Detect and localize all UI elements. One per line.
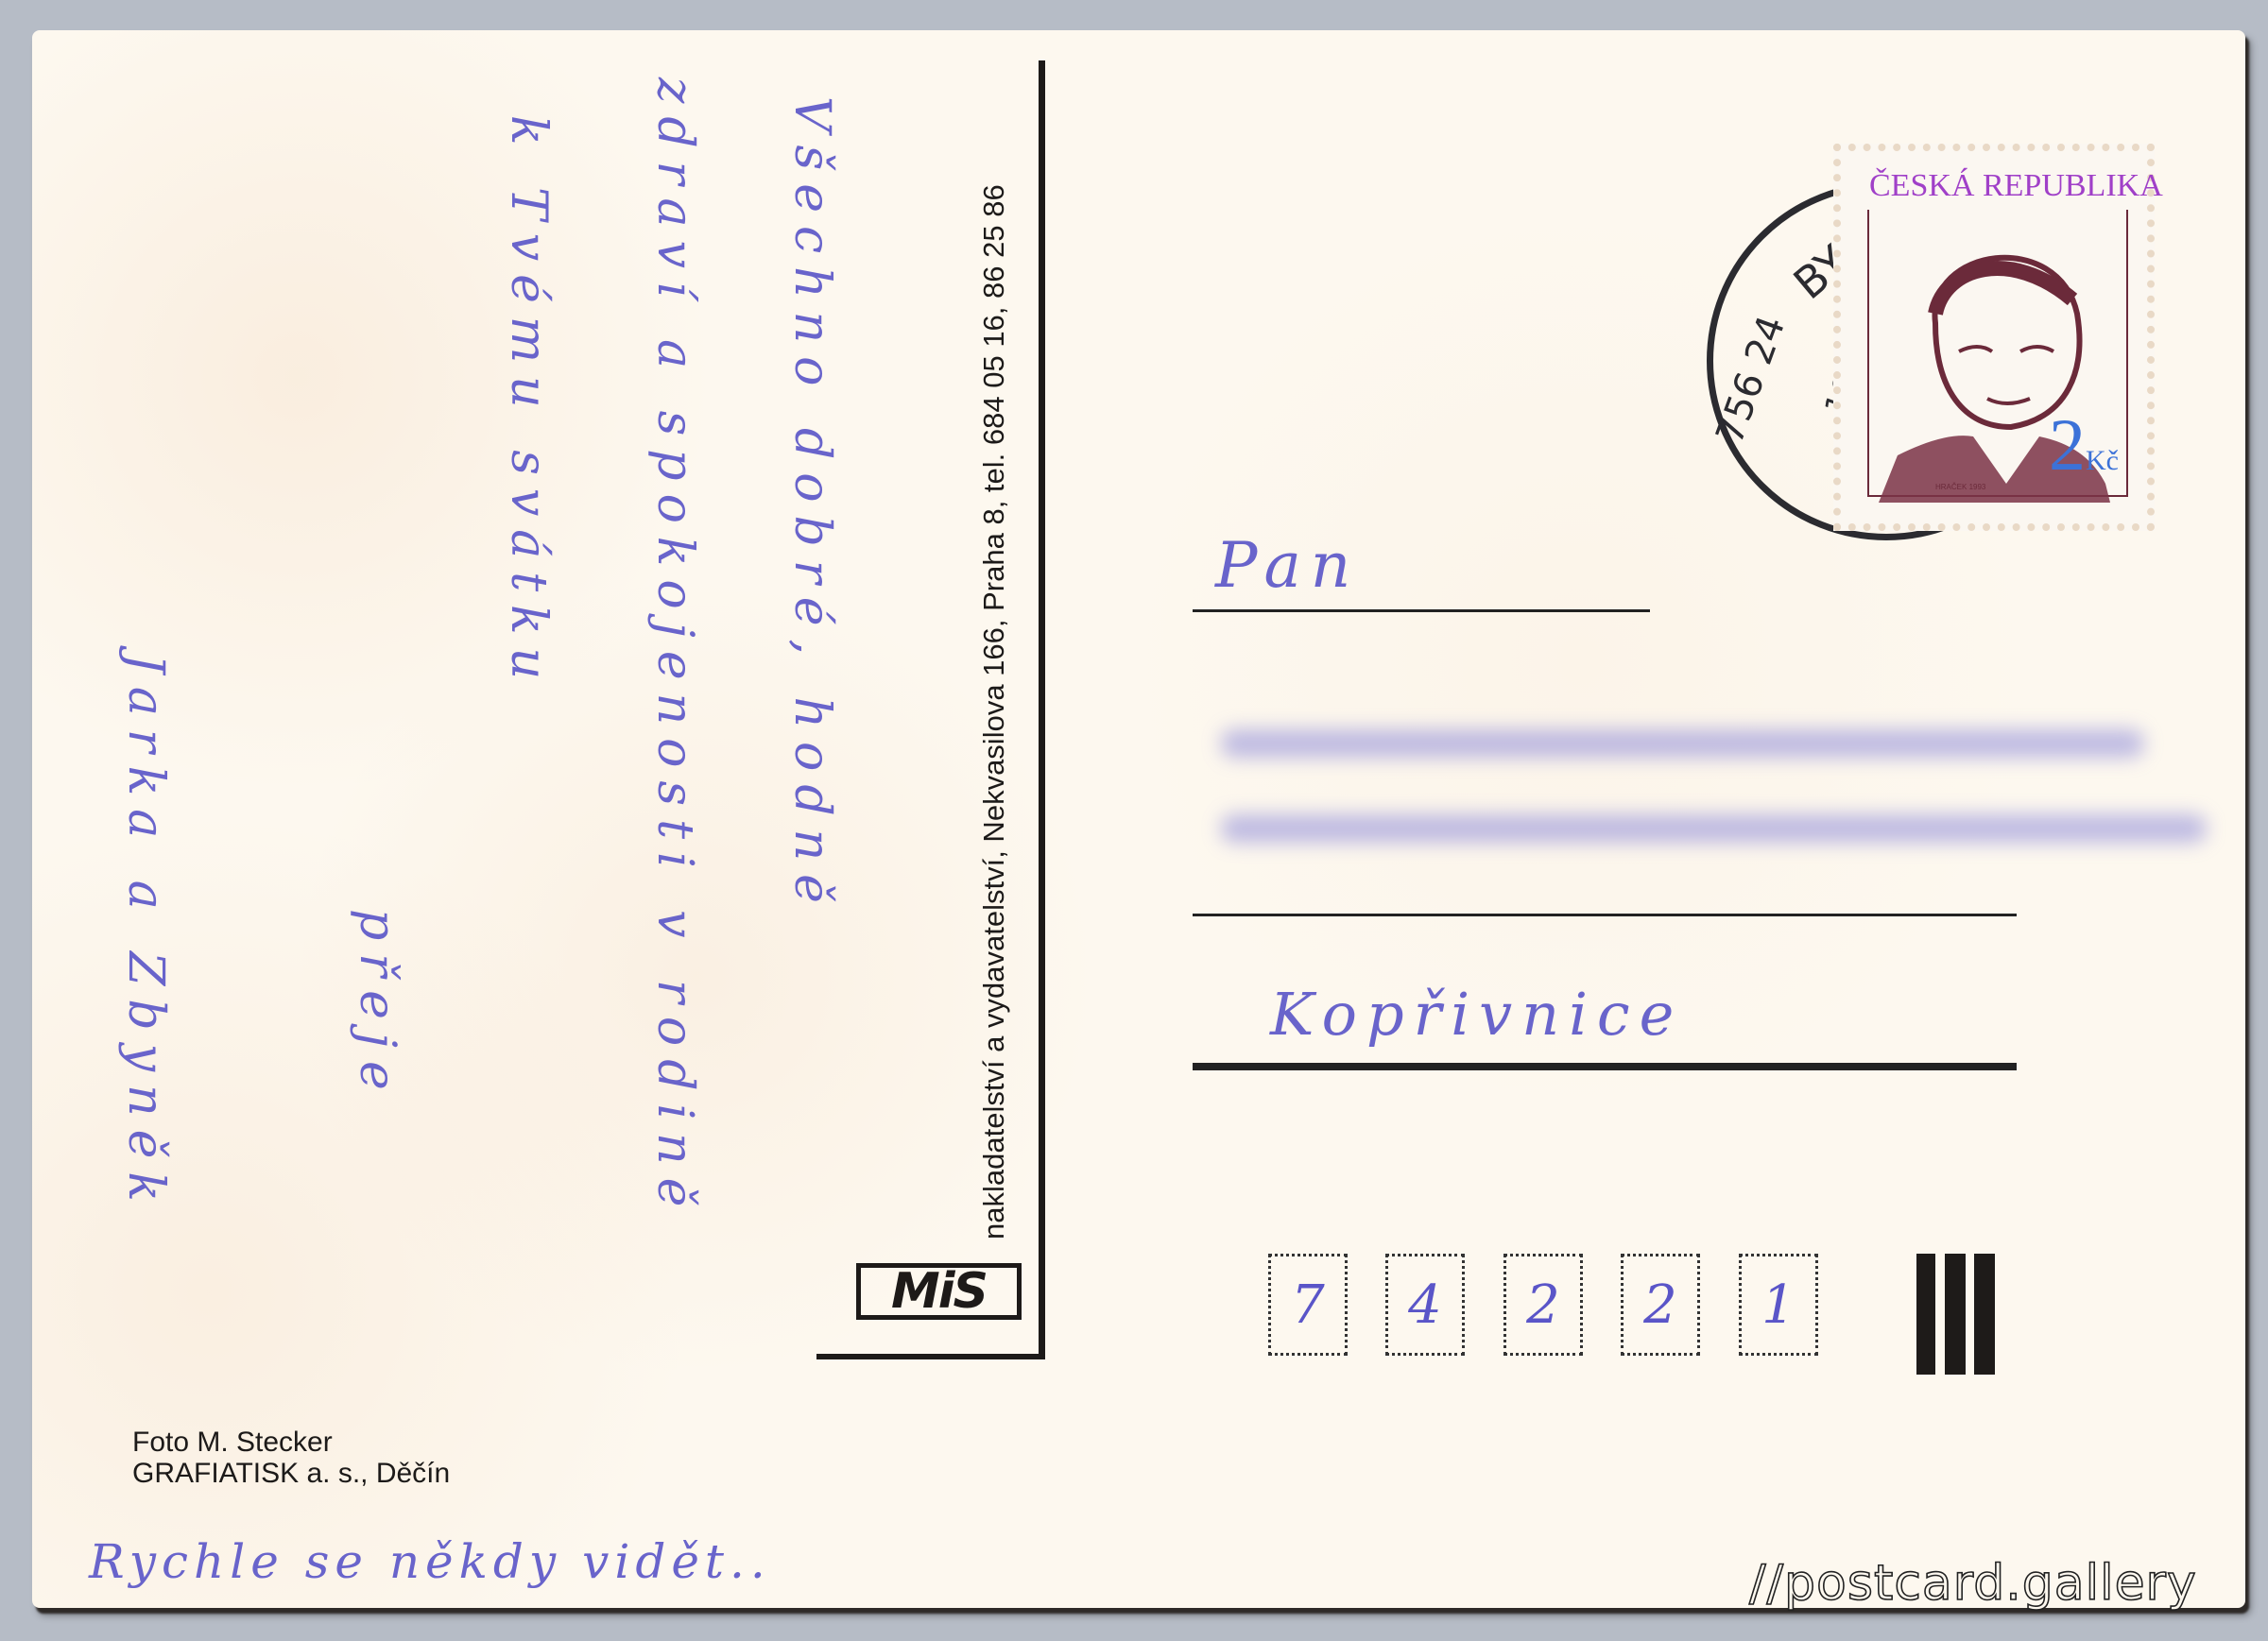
- sort-bar-3: [1974, 1254, 1995, 1375]
- sort-bar-1: [1916, 1254, 1935, 1375]
- message-line-4: přeje: [349, 909, 405, 1103]
- postage-stamp: ČESKÁ REPUBLIKA 2Kč HRAČEK 1993: [1833, 144, 2155, 531]
- sort-bar-2: [1945, 1254, 1966, 1375]
- publisher-info: nakladatelství a vydavatelství, Nekvasil…: [977, 184, 1011, 1239]
- postmark-postcode: 756 24: [1708, 310, 1794, 449]
- footer-note: Rychle se někdy vidět..: [89, 1534, 771, 1589]
- postcard-back: Všechno dobré, hodně zdraví a spokojenos…: [32, 30, 2245, 1608]
- address-line-3: [1193, 1063, 2017, 1070]
- message-line-5: Jarka a Zbyněk: [117, 654, 174, 1215]
- message-line-1: Všechno dobré, hodně: [783, 96, 840, 916]
- credits: Foto M. Stecker GRAFIATISK a. s., Děčín: [132, 1427, 450, 1489]
- printer-credit: GRAFIATISK a. s., Děčín: [132, 1458, 450, 1489]
- divider-foot: [816, 1354, 1045, 1359]
- zip-box-5: 1: [1739, 1254, 1818, 1356]
- zip-box-4: 2: [1621, 1254, 1700, 1356]
- address-city: Kopřivnice: [1270, 980, 1683, 1049]
- zip-box-1: 7: [1268, 1254, 1348, 1356]
- stamp-value: 2Kč: [2049, 402, 2119, 487]
- watermark: //postcard.gallery: [1749, 1555, 2197, 1612]
- message-line-2: zdraví a spokojenosti v rodině: [646, 77, 703, 1220]
- publisher-logo: MiS: [856, 1263, 1022, 1320]
- address-line-2: [1193, 914, 2017, 916]
- stamp-country: ČESKÁ REPUBLIKA: [1869, 168, 2163, 204]
- stamp-engraver: HRAČEK 1993: [1935, 483, 1985, 491]
- message-line-3: k Tvému svátku: [500, 115, 557, 692]
- address-salutation: Pan: [1215, 529, 1360, 602]
- blurred-address: [1221, 682, 2247, 947]
- zip-box-3: 2: [1503, 1254, 1583, 1356]
- center-divider: [1039, 60, 1045, 1359]
- photo-credit: Foto M. Stecker: [132, 1427, 450, 1458]
- zip-box-2: 4: [1385, 1254, 1465, 1356]
- address-line-1: [1193, 609, 1650, 612]
